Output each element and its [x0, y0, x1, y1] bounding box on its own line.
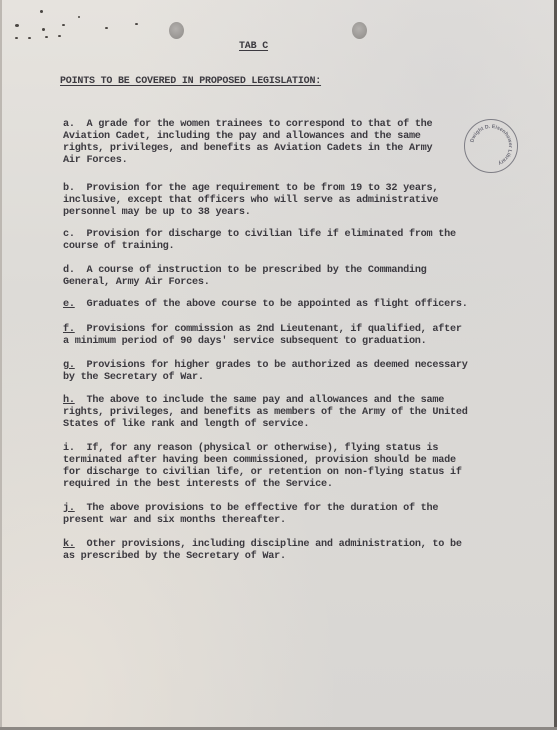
paragraph-line: d. A course of instruction to be prescri…: [63, 265, 493, 277]
paragraph-line: c. Provision for discharge to civilian l…: [63, 229, 493, 241]
page-edge-left: [0, 0, 2, 730]
paragraph-line: rights, privileges, and benefits as Avia…: [63, 143, 493, 155]
paragraph-line: j. The above provisions to be effective …: [63, 503, 493, 515]
legislation-point: i. If, for any reason (physical or other…: [63, 443, 493, 491]
paragraph-line: as prescribed by the Secretary of War.: [63, 551, 493, 563]
paragraph-line: General, Army Air Forces.: [63, 277, 493, 289]
legislation-point: d. A course of instruction to be prescri…: [63, 265, 493, 289]
paragraph-line: by the Secretary of War.: [63, 372, 493, 384]
paragraph-line: Air Forces.: [63, 155, 493, 167]
tab-label: TAB C: [239, 41, 268, 52]
point-letter: e.: [63, 299, 75, 310]
point-letter: k.: [63, 539, 75, 550]
legislation-point: e. Graduates of the above course to be a…: [63, 299, 493, 311]
legislation-point: g. Provisions for higher grades to be au…: [63, 360, 493, 384]
paragraph-line: i. If, for any reason (physical or other…: [63, 443, 493, 455]
paragraph-line: for discharge to civilian life, or reten…: [63, 467, 493, 479]
point-letter: i.: [63, 443, 75, 454]
paragraph-line: g. Provisions for higher grades to be au…: [63, 360, 493, 372]
point-letter: d.: [63, 265, 75, 276]
paragraph-line: e. Graduates of the above course to be a…: [63, 299, 493, 311]
point-letter: b.: [63, 183, 75, 194]
legislation-point: h. The above to include the same pay and…: [63, 395, 493, 431]
bleed-through-text: [400, 38, 411, 58]
paragraph-line: course of training.: [63, 241, 493, 253]
paragraph-line: b. Provision for the age requirement to …: [63, 183, 493, 195]
paragraph-line: personnel may be up to 38 years.: [63, 207, 493, 219]
paragraph-line: k. Other provisions, including disciplin…: [63, 539, 493, 551]
page-heading: POINTS TO BE COVERED IN PROPOSED LEGISLA…: [60, 76, 321, 87]
legislation-point: k. Other provisions, including disciplin…: [63, 539, 493, 563]
legislation-point: f. Provisions for commission as 2nd Lieu…: [63, 324, 493, 348]
legislation-point: c. Provision for discharge to civilian l…: [63, 229, 493, 253]
paragraph-line: inclusive, except that officers who will…: [63, 195, 493, 207]
document-page: TAB C POINTS TO BE COVERED IN PROPOSED L…: [0, 0, 557, 730]
paragraph-line: f. Provisions for commission as 2nd Lieu…: [63, 324, 493, 336]
point-letter: a.: [63, 119, 75, 130]
paragraph-line: terminated after having been commissione…: [63, 455, 493, 467]
point-letter: g.: [63, 360, 75, 371]
paragraph-line: Aviation Cadet, including the pay and al…: [63, 131, 493, 143]
point-letter: f.: [63, 324, 75, 335]
paragraph-line: a minimum period of 90 days' service sub…: [63, 336, 493, 348]
point-letter: j.: [63, 503, 75, 514]
legislation-point: a. A grade for the women trainees to cor…: [63, 119, 493, 167]
paragraph-line: h. The above to include the same pay and…: [63, 395, 493, 407]
point-letter: h.: [63, 395, 75, 406]
paragraph-line: rights, privileges, and benefits as memb…: [63, 407, 493, 419]
punch-hole-right: [352, 22, 367, 39]
point-letter: c.: [63, 229, 75, 240]
paragraph-line: a. A grade for the women trainees to cor…: [63, 119, 493, 131]
legislation-point: j. The above provisions to be effective …: [63, 503, 493, 527]
paragraph-line: States of like rank and length of servic…: [63, 419, 493, 431]
legislation-point: b. Provision for the age requirement to …: [63, 183, 493, 219]
paragraph-line: required in the best interests of the Se…: [63, 479, 493, 491]
paragraph-line: present war and six months thereafter.: [63, 515, 493, 527]
punch-hole-left: [169, 22, 184, 39]
